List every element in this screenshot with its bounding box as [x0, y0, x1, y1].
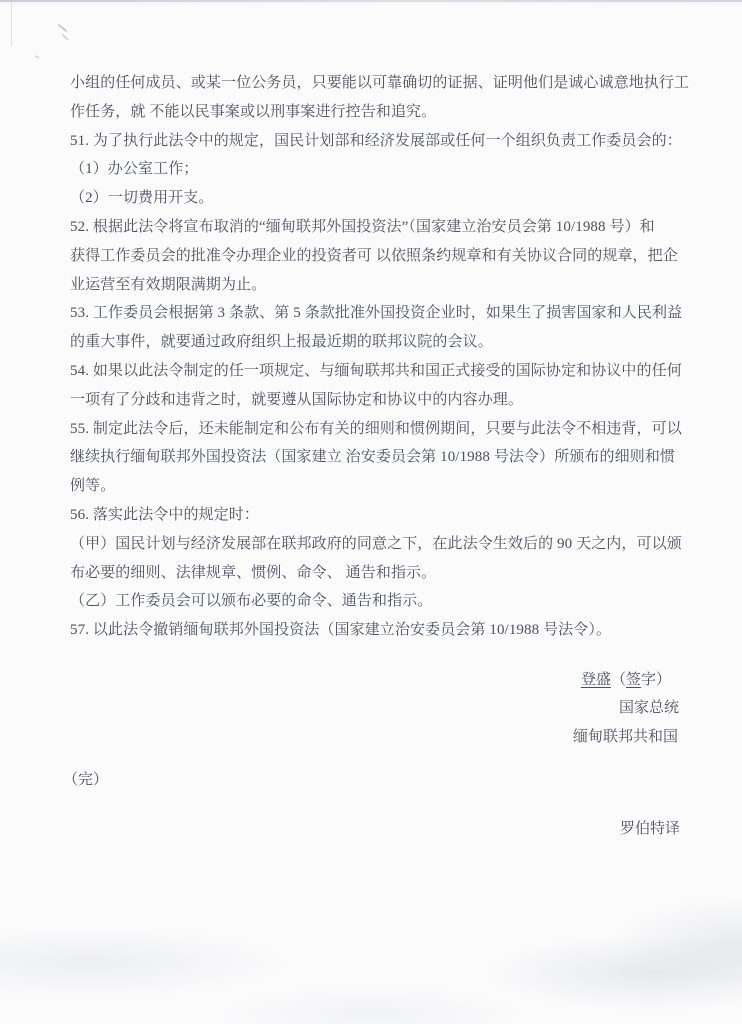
body-line: 的重大事件，就要通过政府组织上报最近期的联邦议院的会议。	[70, 328, 710, 357]
body-line: 作任务，就 不能以民事案或以刑事案进行控告和追究。	[70, 98, 710, 127]
scan-left-edge	[11, 2, 12, 46]
pencil-mark	[35, 55, 39, 58]
body-line: （甲）国民计划与经济发展部在联邦政府的同意之下，在此法令生效后的 90 天之内，…	[70, 530, 710, 559]
body-line: 56. 落实此法令中的规定时：	[70, 501, 710, 530]
body-line: 53. 工作委员会根据第 3 条款、第 5 条款批准外国投资企业时，如果生了损害…	[70, 299, 710, 328]
body-line: 小组的任何成员、或某一位公务员，只要能以可靠确切的证据、证明他们是诚心诚意地执行…	[70, 69, 710, 98]
signatory-name-line: 登盛（签字）	[573, 666, 671, 694]
body-line: （1）办公室工作；	[70, 155, 710, 184]
body-line: 例等。	[70, 472, 710, 501]
scan-top-edge	[0, 0, 742, 2]
body-line: 51. 为了执行此法令中的规定，国民计划部和经济发展部或任何一个组织负责工作委员…	[70, 127, 710, 156]
body-line: 业运营至有效期限满期为止。	[70, 271, 710, 300]
signature-block: 登盛（签字） 国家总统 缅甸联邦共和国	[573, 666, 679, 751]
body-line: 57. 以此法令撤销缅甸联邦外国投资法（国家建立治安委员会第 10/1988 号…	[70, 616, 710, 645]
body-line: 布必要的细则、法律规章、惯例、命令、 通告和指示。	[70, 559, 710, 588]
body-line: （2）一切费用开支。	[70, 184, 710, 213]
signatory-title: 国家总统	[573, 694, 679, 722]
scanned-document-page: 小组的任何成员、或某一位公务员，只要能以可靠确切的证据、证明他们是诚心诚意地执行…	[0, 0, 742, 1024]
body-line: 一项有了分歧和违背之时，就要遵从国际协定和协议中的内容办理。	[70, 386, 710, 415]
translator-credit: 罗伯特译	[620, 815, 680, 843]
end-mark: （完）	[63, 766, 108, 794]
pencil-mark	[58, 24, 68, 32]
body-line: 52. 根据此法令将宣布取消的“缅甸联邦外国投资法”（国家建立治安员会第 10/…	[70, 213, 710, 242]
body-line: 继续执行缅甸联邦外国投资法（国家建立 治安委员会第 10/1988 号法令）所颁…	[70, 443, 710, 472]
signatory-name: 登盛	[581, 672, 611, 688]
body-line: （乙）工作委员会可以颁布必要的命令、通告和指示。	[70, 587, 710, 616]
body-line: 55. 制定此法令后，还未能制定和公布有关的细则和惯例期间，只要与此法令不相违背…	[70, 415, 710, 444]
signature-sign-char: 签	[626, 672, 641, 688]
body-line: 获得工作委员会的批准令办理企业的投资者可 以依照条约规章和有关协议合同的规章，把…	[70, 242, 710, 271]
body-line: 54. 如果以此法令制定的任一项规定、与缅甸联邦共和国正式接受的国际协定和协议中…	[70, 357, 710, 386]
document-body: 小组的任何成员、或某一位公务员，只要能以可靠确切的证据、证明他们是诚心诚意地执行…	[70, 69, 710, 645]
signatory-country: 缅甸联邦共和国	[573, 723, 678, 751]
signature-paren-open: （	[611, 672, 626, 688]
signature-paren-close: 字）	[641, 672, 671, 688]
pencil-mark	[61, 34, 68, 41]
